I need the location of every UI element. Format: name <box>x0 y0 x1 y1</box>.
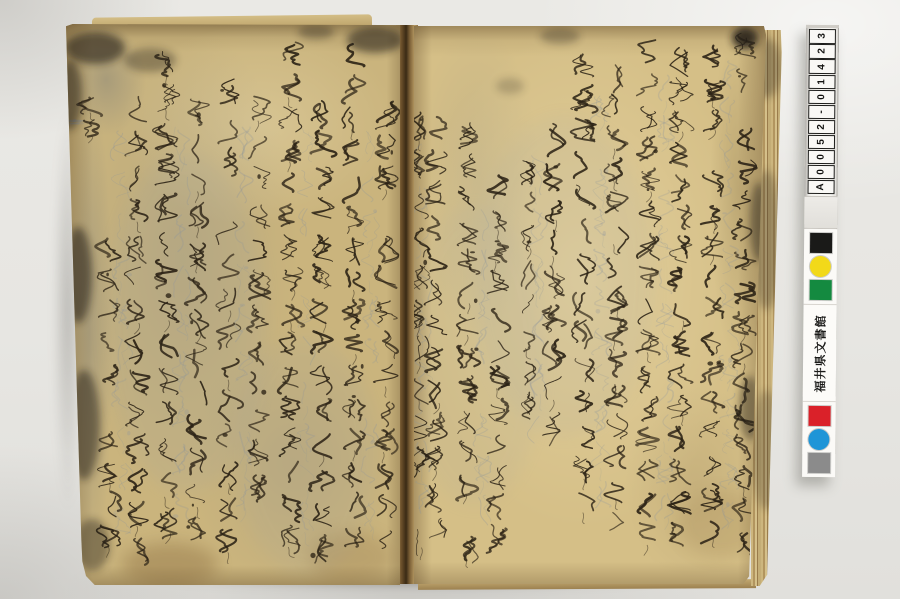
archive-name-label: 福井県文書館 <box>803 304 837 402</box>
catalog-char-cell: A <box>808 180 835 194</box>
color-patches-bottom <box>802 402 836 477</box>
catalog-char-cell: 2 <box>809 44 836 58</box>
color-patch-yellow <box>810 256 831 277</box>
catalog-char-cell: - <box>808 105 835 119</box>
catalog-char-cell: 5 <box>808 135 835 149</box>
catalog-char-cell: 3 <box>809 29 836 43</box>
color-patch-black <box>810 233 832 253</box>
color-scale-bar: 32410-2500A 福井県文書館 <box>802 25 839 477</box>
catalog-char-cell: 2 <box>808 120 835 134</box>
catalog-number-label: 32410-2500A <box>808 28 836 196</box>
photo-scene: 32410-2500A 福井県文書館 <box>0 0 900 599</box>
catalog-char-cell: 1 <box>808 74 835 88</box>
catalog-char-cell: 0 <box>808 165 835 179</box>
left-page-handwriting <box>66 24 400 585</box>
page-edge-smudge <box>751 390 782 510</box>
color-patch-blue <box>808 429 829 450</box>
catalog-char-cell: 0 <box>808 89 835 103</box>
color-patch-green <box>809 280 831 300</box>
color-patches-top <box>804 229 838 304</box>
archive-name-text: 福井県文書館 <box>811 314 829 392</box>
manuscript-right-page <box>414 26 766 584</box>
manuscript-left-page <box>66 24 400 585</box>
scale-bar-blank-segment <box>804 195 837 229</box>
catalog-char-cell: 4 <box>809 59 836 73</box>
right-page-handwriting <box>414 26 766 584</box>
catalog-char-cell: 0 <box>808 150 835 164</box>
color-patch-red <box>808 406 830 426</box>
color-patch-gray <box>808 453 830 473</box>
